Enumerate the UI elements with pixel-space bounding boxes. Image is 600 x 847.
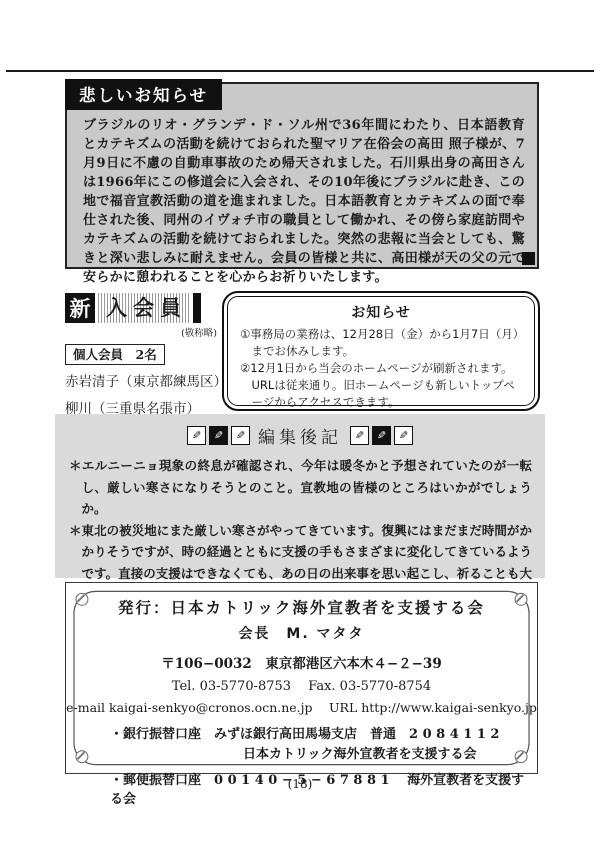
page-number: (18)	[0, 777, 600, 791]
corner-square-decoration	[522, 252, 535, 265]
bank-account-holder: 日本カトリック海外宣教者を支援する会	[66, 743, 537, 762]
notice-title: お知らせ	[240, 302, 522, 322]
member-category-label: 個人会員 2名	[65, 344, 165, 365]
pencil-icon: ✎	[187, 426, 206, 445]
notice-item-continuation: URLは従来通り。旧ホームページも新しいトップページからアクセスできます。	[240, 377, 522, 411]
sad-news-body: ブラジルのリオ・グランデ・ド・ソル州で36年間にわたり、日本語教育とカテキズムの…	[67, 84, 537, 295]
honorific-note: (敬称略)	[65, 325, 217, 339]
publisher-address: 〒106−0032 東京都港区六本木４−２−39	[66, 652, 537, 672]
sad-news-section: 悲しいお知らせ ブラジルのリオ・グランデ・ド・ソル州で36年間にわたり、日本語教…	[65, 82, 539, 269]
pencil-icon: ✎	[372, 426, 391, 445]
new-members-title-first-char: 新	[65, 293, 95, 323]
new-members-title-rest: 入会員	[98, 293, 191, 323]
pencil-icon: ✎	[209, 426, 228, 445]
header-end-bar	[193, 293, 201, 323]
pencil-icon: ✎	[231, 426, 250, 445]
member-name: 赤岩清子（東京都練馬区）	[65, 369, 217, 396]
publisher-chairman: 会長 M. マタタ	[66, 623, 537, 643]
publisher-email-url: e-mail kaigai-senkyo@cronos.ocn.ne.jp UR…	[66, 698, 537, 716]
pencil-icon: ✎	[394, 426, 413, 445]
publisher-name: 発行：日本カトリック海外宣教者を支援する会	[66, 596, 537, 618]
notice-inner-frame: お知らせ ①事務局の業務は、12月28日（金）から1月7日（月）までお休みします…	[227, 296, 535, 406]
bank-account-line: ・銀行振替口座 みずほ銀行高田馬場支店 普通 2 0 8 4 1 1 2	[66, 723, 537, 742]
notice-item: ①事務局の業務は、12月28日（金）から1月7日（月）までお休みします。	[240, 326, 522, 360]
new-members-header: 新 入会員	[65, 293, 217, 323]
publisher-box: 発行：日本カトリック海外宣教者を支援する会 会長 M. マタタ 〒106−003…	[65, 582, 538, 774]
bullet: ＊	[69, 523, 82, 538]
postscript-title: 編集後記	[258, 423, 342, 448]
publisher-tel-fax: Tel. 03-5770-8753 Fax. 03-5770-8754	[66, 675, 537, 694]
publisher-content: 発行：日本カトリック海外宣教者を支援する会 会長 M. マタタ 〒106−003…	[66, 596, 537, 807]
new-members-section: 新 入会員 (敬称略) 個人会員 2名 赤岩清子（東京都練馬区） 柳川（三重県名…	[65, 293, 217, 423]
newsletter-page: 悲しいお知らせ ブラジルのリオ・グランデ・ド・ソル州で36年間にわたり、日本語教…	[0, 0, 600, 847]
postscript-item: ＊エルニーニョ現象の終息が確認され、今年は暖冬かと予想されていたのが一転し、厳し…	[69, 455, 532, 520]
postscript-header: ✎ ✎ ✎ 編集後記 ✎ ✎ ✎	[55, 423, 545, 448]
pencil-icon: ✎	[350, 426, 369, 445]
postscript-section: ✎ ✎ ✎ 編集後記 ✎ ✎ ✎ ＊エルニーニョ現象の終息が確認され、今年は暖冬…	[55, 414, 545, 578]
top-rule	[6, 70, 594, 72]
bullet: ＊	[69, 458, 82, 473]
notice-box: お知らせ ①事務局の業務は、12月28日（金）から1月7日（月）までお休みします…	[222, 291, 540, 411]
sad-news-title: 悲しいお知らせ	[65, 79, 222, 110]
notice-item: ②12月1日から当会のホームページが刷新されます。	[240, 360, 522, 377]
